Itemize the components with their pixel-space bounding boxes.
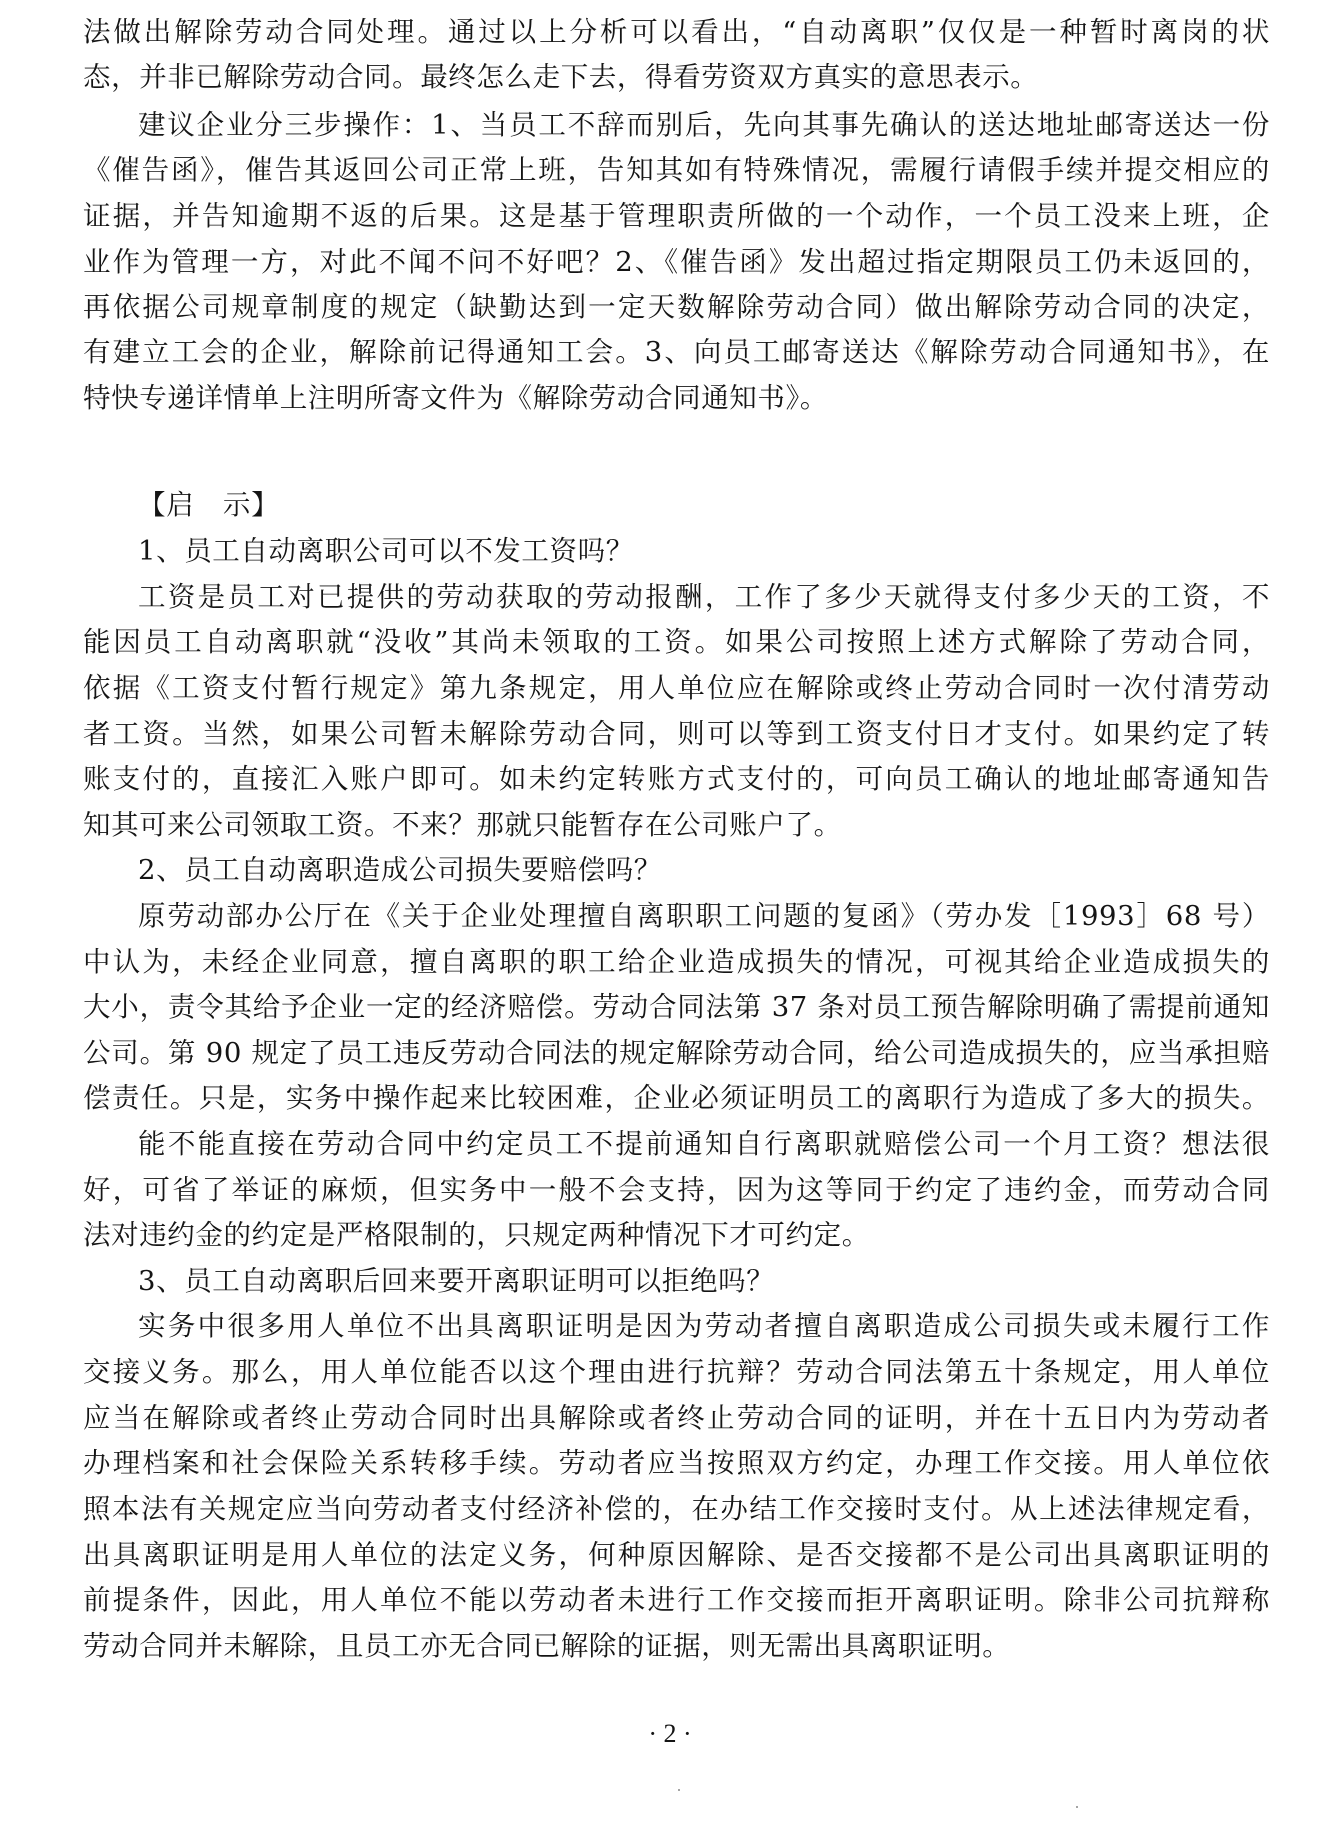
question-heading-3: 3、员工自动离职后回来要开离职证明可以拒绝吗？ (83, 1261, 1338, 1301)
text-line: 法对违约金的约定是严格限制的，只规定两种情况下才可约定。 (83, 1215, 1283, 1255)
text-line: 办理档案和社会保险关系转移手续。劳动者应当按照双方约定，办理工作交接。用人单位依 (83, 1443, 1270, 1483)
text-line: 交接义务。那么，用人单位能否以这个理由进行抗辩？劳动合同法第五十条规定，用人单位 (83, 1352, 1270, 1392)
document-page: 法做出解除劳动合同处理。通过以上分析可以看出，“自动离职”仅仅是一种暂时离岗的状… (0, 0, 1340, 1821)
text-line: 好，可省了举证的麻烦，但实务中一般不会支持，因为这等同于约定了违约金，而劳动合同 (83, 1170, 1270, 1210)
text-line: 能不能直接在劳动合同中约定员工不提前通知自行离职就赔偿公司一个月工资？想法很 (83, 1124, 1270, 1164)
page-number: · 2 · (0, 1716, 1340, 1752)
text-line: 劳动合同并未解除，且员工亦无合同已解除的证据，则无需出具离职证明。 (83, 1626, 1283, 1666)
question-heading-1: 1、员工自动离职公司可以不发工资吗？ (83, 531, 1338, 571)
text-line: 公司。第 90 规定了员工违反劳动合同法的规定解除劳动合同，给公司造成损失的，应… (83, 1033, 1270, 1073)
text-line: 账支付的，直接汇入账户即可。如未约定转账方式支付的，可向员工确认的地址邮寄通知告 (83, 759, 1270, 799)
text-line: 《催告函》，催告其返回公司正常上班，告知其如有特殊情况，需履行请假手续并提交相应… (83, 150, 1270, 190)
text-line: 业作为管理一方，对此不闻不问不好吧？2、《催告函》发出超过指定期限员工仍未返回的… (83, 242, 1270, 282)
text-line: 者工资。当然，如果公司暂未解除劳动合同，则可以等到工资支付日才支付。如果约定了转 (83, 714, 1270, 754)
text-line: 原劳动部办公厅在《关于企业处理擅自离职职工问题的复函》（劳办发［1993］68 … (83, 896, 1270, 936)
text-line: 大小，责令其给予企业一定的经济赔偿。劳动合同法第 37 条对员工预告解除明确了需… (83, 987, 1270, 1027)
text-line: 出具离职证明是用人单位的法定义务，何种原因解除、是否交接都不是公司出具离职证明的 (83, 1535, 1270, 1575)
text-line: 应当在解除或者终止劳动合同时出具解除或者终止劳动合同的证明，并在十五日内为劳动者 (83, 1398, 1270, 1438)
text-line: 建议企业分三步操作：1、当员工不辞而别后，先向其事先确认的送达地址邮寄送达一份 (83, 105, 1270, 145)
scan-speck (1076, 1806, 1078, 1808)
text-line: 偿责任。只是，实务中操作起来比较困难，企业必须证明员工的离职行为造成了多大的损失… (83, 1078, 1270, 1118)
question-heading-2: 2、员工自动离职造成公司损失要赔偿吗？ (83, 850, 1338, 890)
text-line: 知其可来公司领取工资。不来？那就只能暂存在公司账户了。 (83, 805, 1283, 845)
text-line: 有建立工会的企业，解除前记得通知工会。3、向员工邮寄送达《解除劳动合同通知书》，… (83, 332, 1270, 372)
scan-speck (678, 1789, 680, 1791)
text-line: 照本法有关规定应当向劳动者支付经济补偿的，在办结工作交接时支付。从上述法律规定看… (83, 1489, 1270, 1529)
text-line: 再依据公司规章制度的规定（缺勤达到一定天数解除劳动合同）做出解除劳动合同的决定， (83, 287, 1270, 327)
text-line: 态，并非已解除劳动合同。最终怎么走下去，得看劳资双方真实的意思表示。 (83, 57, 1283, 97)
text-line: 工资是员工对已提供的劳动获取的劳动报酬，工作了多少天就得支付多少天的工资，不 (83, 577, 1270, 617)
section-heading: 【启 示】 (83, 485, 1338, 525)
scan-speck (1122, 18, 1124, 20)
text-line: 前提条件，因此，用人单位不能以劳动者未进行工作交接而拒开离职证明。除非公司抗辩称 (83, 1580, 1270, 1620)
text-line: 中认为，未经企业同意，擅自离职的职工给企业造成损失的情况，可视其给企业造成损失的 (83, 942, 1270, 982)
text-line: 依据《工资支付暂行规定》第九条规定，用人单位应在解除或终止劳动合同时一次付清劳动 (83, 668, 1270, 708)
text-line: 证据，并告知逾期不返的后果。这是基于管理职责所做的一个动作，一个员工没来上班，企 (83, 196, 1270, 236)
text-line: 能因员工自动离职就“没收”其尚未领取的工资。如果公司按照上述方式解除了劳动合同， (83, 622, 1270, 662)
text-line: 特快专递详情单上注明所寄文件为《解除劳动合同通知书》。 (83, 378, 1283, 418)
text-line: 法做出解除劳动合同处理。通过以上分析可以看出，“自动离职”仅仅是一种暂时离岗的状 (83, 12, 1270, 52)
text-line: 实务中很多用人单位不出具离职证明是因为劳动者擅自离职造成公司损失或未履行工作 (83, 1306, 1270, 1346)
